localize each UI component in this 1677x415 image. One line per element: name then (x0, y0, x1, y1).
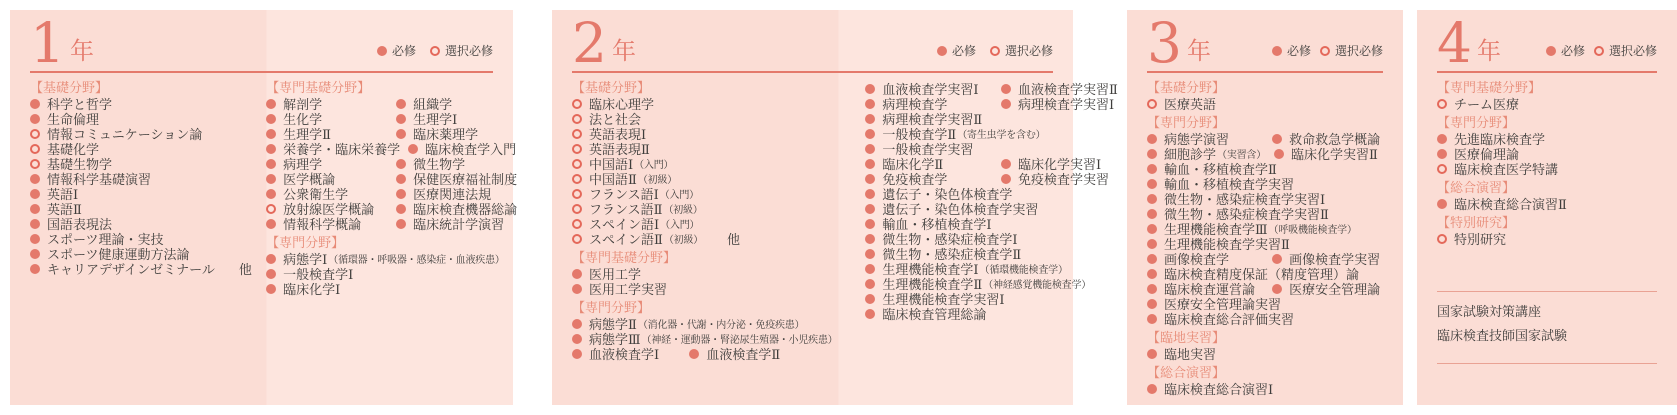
legend-elective: 選択必修 (1594, 42, 1657, 59)
required-dot-icon (865, 84, 875, 94)
required-dot-icon (1272, 134, 1282, 144)
year-number: 1 (30, 22, 65, 64)
required-dot-icon (30, 189, 40, 199)
course-row: 血液検査学Ⅰ血液検査学Ⅱ (572, 346, 865, 361)
course-row: 臨床検査総合演習Ⅱ (1437, 196, 1657, 211)
required-dot-icon (1001, 174, 1011, 184)
course-item: 特別研究 (1437, 229, 1506, 248)
course-row: 臨床検査医学特講 (1437, 161, 1657, 176)
course-row: チーム医療 (1437, 96, 1657, 111)
course-row: 臨床検査管理総論 (865, 306, 1103, 321)
year-panel-3: 3 年 必修 選択必修 【基礎分野】医療英語【専門分野】病態学演習救命救急学概論… (1127, 10, 1403, 405)
course-note: （初級） (664, 231, 703, 246)
elective-circle-icon (572, 144, 582, 154)
required-dot-icon (865, 234, 875, 244)
legend: 必修 選択必修 (1546, 42, 1657, 59)
legend-required: 必修 (1272, 42, 1311, 59)
panel-header: 2 年 必修 選択必修 (572, 22, 1053, 73)
required-dot-icon (396, 129, 406, 139)
course-item: 情報科学概論 (266, 214, 396, 233)
year-suffix: 年 (1477, 39, 1501, 63)
course-item: スペイン語Ⅱ（初級） (572, 229, 711, 248)
required-dot-icon (266, 189, 276, 199)
year-suffix: 年 (612, 39, 636, 63)
category-block: 【総合演習】臨床検査総合演習Ⅰ (1147, 366, 1383, 396)
required-dot-icon (937, 46, 947, 56)
required-dot-icon (396, 204, 406, 214)
course-item: 他 (727, 229, 740, 248)
panel-header: 3 年 必修 選択必修 (1147, 22, 1383, 73)
legend-required-label: 必修 (1561, 42, 1585, 59)
elective-circle-icon (990, 46, 1000, 56)
year-number: 4 (1437, 22, 1472, 64)
required-dot-icon (1147, 284, 1157, 294)
panel-body: 【基礎分野】臨床心理学法と社会英語表現Ⅰ英語表現Ⅱ中国語Ⅰ（入門）中国語Ⅱ（初級… (572, 81, 1053, 361)
required-dot-icon (30, 249, 40, 259)
course-item: 臨地実習 (1147, 344, 1216, 363)
panel-body: 【基礎分野】医療英語【専門分野】病態学演習救命救急学概論細胞診学（実習含）臨床化… (1147, 81, 1383, 396)
course-item: 臨床検査総合評価実習 (1147, 309, 1294, 328)
required-dot-icon (865, 264, 875, 274)
required-dot-icon (266, 254, 276, 264)
elective-circle-icon (1437, 164, 1447, 174)
elective-circle-icon (572, 204, 582, 214)
course-name: 病理検査学実習Ⅰ (1018, 94, 1114, 113)
required-dot-icon (865, 189, 875, 199)
course-name: 臨床検査医学特講 (1454, 159, 1558, 178)
elective-circle-icon (572, 174, 582, 184)
divider-line (1437, 291, 1657, 292)
panel-header: 4 年 必修 選択必修 (1437, 22, 1657, 73)
legend-required-label: 必修 (952, 42, 976, 59)
legend-elective-label: 選択必修 (1335, 42, 1383, 59)
required-dot-icon (865, 219, 875, 229)
required-dot-icon (1147, 194, 1157, 204)
required-dot-icon (865, 174, 875, 184)
course-name: 他 (239, 259, 252, 278)
required-dot-icon (865, 144, 875, 154)
required-dot-icon (1001, 84, 1011, 94)
course-item: 医療英語 (1147, 94, 1216, 113)
required-dot-icon (266, 159, 276, 169)
legend-required-label: 必修 (1287, 42, 1311, 59)
category-block: 【専門分野】病態学演習救命救急学概論細胞診学（実習含）臨床化学実習Ⅱ輸血・移植検… (1147, 116, 1383, 326)
required-dot-icon (30, 204, 40, 214)
course-name: 医用工学実習 (589, 279, 667, 298)
curriculum-chart: 1 年 必修 選択必修 【基礎分野】科学と哲学生命倫理情報コミュニケーション論基… (0, 0, 1677, 415)
course-name: 免疫検査学実習 (1018, 169, 1109, 188)
required-dot-icon (865, 294, 875, 304)
year-title: 4 年 (1437, 22, 1501, 64)
course-name: 医療安全管理論 (1289, 279, 1380, 298)
legend: 必修 選択必修 (937, 42, 1053, 59)
elective-circle-icon (572, 99, 582, 109)
category-block: 【基礎分野】臨床心理学法と社会英語表現Ⅰ英語表現Ⅱ中国語Ⅰ（入門）中国語Ⅱ（初級… (572, 81, 865, 246)
required-dot-icon (396, 114, 406, 124)
required-dot-icon (865, 99, 875, 109)
course-item: 臨床検査総合演習Ⅰ (1147, 379, 1273, 398)
footer-text-2: 臨床検査技師国家試験 (1437, 325, 1657, 349)
elective-circle-icon (1594, 46, 1604, 56)
required-dot-icon (266, 269, 276, 279)
required-dot-icon (689, 349, 699, 359)
elective-circle-icon (30, 159, 40, 169)
required-dot-icon (30, 99, 40, 109)
panel-column: 血液検査学実習Ⅰ血液検査学実習Ⅱ病理検査学病理検査学実習Ⅰ病理検査学実習Ⅱ一般検… (865, 81, 1103, 321)
required-dot-icon (377, 46, 387, 56)
panel-column: 【基礎分野】医療英語【専門分野】病態学演習救命救急学概論細胞診学（実習含）臨床化… (1147, 81, 1383, 396)
required-dot-icon (266, 174, 276, 184)
legend-required: 必修 (377, 42, 416, 59)
course-item: 臨床統計学演習 (396, 214, 504, 233)
required-dot-icon (1272, 46, 1282, 56)
legend-elective: 選択必修 (990, 42, 1053, 59)
panel-body: 【基礎分野】科学と哲学生命倫理情報コミュニケーション論基礎化学基礎生物学情報科学… (30, 81, 493, 296)
course-row: 臨地実習 (1147, 346, 1383, 361)
required-dot-icon (266, 99, 276, 109)
panel-column: 【基礎分野】臨床心理学法と社会英語表現Ⅰ英語表現Ⅱ中国語Ⅰ（入門）中国語Ⅱ（初級… (572, 81, 865, 361)
required-dot-icon (1001, 99, 1011, 109)
course-name: 血液検査学Ⅰ (589, 344, 659, 363)
course-name: 臨床化学Ⅰ (283, 279, 340, 298)
elective-circle-icon (1437, 99, 1447, 109)
required-dot-icon (266, 114, 276, 124)
legend-elective-label: 選択必修 (1005, 42, 1053, 59)
required-dot-icon (572, 269, 582, 279)
required-dot-icon (572, 284, 582, 294)
course-name: チーム医療 (1454, 94, 1519, 113)
required-dot-icon (396, 219, 406, 229)
required-dot-icon (30, 114, 40, 124)
elective-circle-icon (572, 129, 582, 139)
required-dot-icon (865, 204, 875, 214)
course-item: 臨床検査総合演習Ⅱ (1437, 194, 1567, 213)
category-block: 【専門分野】病態学Ⅱ（消化器・代謝・内分泌・免疫疾患）病態学Ⅲ（神経・運動器・腎… (572, 301, 865, 361)
panel-body: 【専門基礎分野】チーム医療【専門分野】先進臨床検査学医療倫理論臨床検査医学特講【… (1437, 81, 1657, 246)
elective-circle-icon (1320, 46, 1330, 56)
panel-column: 【専門基礎分野】チーム医療【専門分野】先進臨床検査学医療倫理論臨床検査医学特講【… (1437, 81, 1657, 246)
elective-circle-icon (430, 46, 440, 56)
course-item: 臨床検査医学特講 (1437, 159, 1558, 178)
course-item: 臨床化学実習Ⅱ (1274, 144, 1378, 163)
required-dot-icon (396, 174, 406, 184)
elective-circle-icon (1147, 99, 1157, 109)
required-dot-icon (30, 234, 40, 244)
legend: 必修 選択必修 (1272, 42, 1383, 59)
required-dot-icon (30, 174, 40, 184)
elective-circle-icon (572, 189, 582, 199)
required-dot-icon (266, 219, 276, 229)
required-dot-icon (1437, 149, 1447, 159)
course-item: 医療安全管理論 (1272, 279, 1380, 298)
required-dot-icon (1001, 159, 1011, 169)
course-item: 血液検査学Ⅰ (572, 344, 689, 363)
legend-required-label: 必修 (392, 42, 416, 59)
required-dot-icon (1147, 269, 1157, 279)
course-item: 他 (239, 259, 252, 278)
elective-circle-icon (572, 234, 582, 244)
required-dot-icon (1272, 254, 1282, 264)
category-block: 【基礎分野】科学と哲学生命倫理情報コミュニケーション論基礎化学基礎生物学情報科学… (30, 81, 266, 276)
course-row: 臨床化学Ⅰ (266, 281, 516, 296)
footer-text-1: 国家試験対策講座 (1437, 301, 1657, 325)
category-block: 【特別研究】特別研究 (1437, 216, 1657, 246)
required-dot-icon (572, 334, 582, 344)
required-dot-icon (408, 144, 418, 154)
category-block: 血液検査学実習Ⅰ血液検査学実習Ⅱ病理検査学病理検査学実習Ⅰ病理検査学実習Ⅱ一般検… (865, 81, 1103, 321)
national-exam-footer: 国家試験対策講座 臨床検査技師国家試験 (1437, 291, 1657, 364)
year-suffix: 年 (70, 39, 94, 63)
elective-circle-icon (1437, 234, 1447, 244)
course-row: 特別研究 (1437, 231, 1657, 246)
elective-circle-icon (30, 144, 40, 154)
legend-elective-label: 選択必修 (445, 42, 493, 59)
year-suffix: 年 (1187, 39, 1211, 63)
year-number: 2 (572, 22, 607, 64)
course-item: キャリアデザインゼミナール (30, 259, 223, 278)
course-note: （循環器・呼吸器・感染症・血液疾患） (328, 251, 504, 266)
required-dot-icon (1147, 239, 1157, 249)
panel-column: 【基礎分野】科学と哲学生命倫理情報コミュニケーション論基礎化学基礎生物学情報科学… (30, 81, 266, 276)
course-item: 病理検査学実習Ⅰ (1001, 94, 1114, 113)
legend: 必修 選択必修 (377, 42, 493, 59)
divider-line (1437, 363, 1657, 364)
required-dot-icon (266, 144, 276, 154)
required-dot-icon (865, 114, 875, 124)
legend-elective: 選択必修 (1320, 42, 1383, 59)
required-dot-icon (865, 279, 875, 289)
course-name: 情報科学概論 (283, 214, 361, 233)
year-title: 2 年 (572, 22, 636, 64)
course-row: 臨床検査総合評価実習 (1147, 311, 1383, 326)
course-name: スペイン語Ⅱ (589, 229, 663, 248)
year-title: 3 年 (1147, 22, 1211, 64)
required-dot-icon (1274, 149, 1284, 159)
required-dot-icon (572, 349, 582, 359)
elective-circle-icon (30, 129, 40, 139)
course-name: 臨床検査総合演習Ⅰ (1164, 379, 1273, 398)
required-dot-icon (572, 319, 582, 329)
required-dot-icon (1147, 224, 1157, 234)
required-dot-icon (396, 189, 406, 199)
required-dot-icon (1147, 314, 1157, 324)
required-dot-icon (1437, 199, 1447, 209)
category-block: 【臨地実習】臨地実習 (1147, 331, 1383, 361)
required-dot-icon (266, 129, 276, 139)
course-name: 医療英語 (1164, 94, 1216, 113)
legend-elective: 選択必修 (430, 42, 493, 59)
course-name: 血液検査学Ⅱ (706, 344, 780, 363)
category-block: 【総合演習】臨床検査総合演習Ⅱ (1437, 181, 1657, 211)
required-dot-icon (396, 159, 406, 169)
elective-circle-icon (572, 114, 582, 124)
course-item: チーム医療 (1437, 94, 1519, 113)
required-dot-icon (1147, 254, 1157, 264)
required-dot-icon (396, 99, 406, 109)
course-name: 臨床検査総合評価実習 (1164, 309, 1294, 328)
year-panel-4: 4 年 必修 選択必修 【専門基礎分野】チーム医療【専門分野】先進臨床検査学医療… (1417, 10, 1677, 405)
elective-circle-icon (266, 204, 276, 214)
course-name: 臨床統計学演習 (413, 214, 504, 233)
required-dot-icon (266, 284, 276, 294)
course-name: 臨床検査総合演習Ⅱ (1454, 194, 1567, 213)
course-row: 情報科学概論臨床統計学演習 (266, 216, 516, 231)
course-name: 臨床検査管理総論 (882, 304, 986, 323)
panel-column: 【専門基礎分野】解剖学組織学生化学生理学Ⅰ生理学Ⅱ臨床薬理学栄養学・臨床栄養学臨… (266, 81, 516, 296)
year-panel-1: 1 年 必修 選択必修 【基礎分野】科学と哲学生命倫理情報コミュニケーション論基… (10, 10, 513, 405)
course-name: 特別研究 (1454, 229, 1506, 248)
course-name: 臨床化学実習Ⅱ (1291, 144, 1378, 163)
course-item: 医用工学実習 (572, 279, 667, 298)
course-row: キャリアデザインゼミナール他 (30, 261, 266, 276)
required-dot-icon (1147, 384, 1157, 394)
course-name: 他 (727, 229, 740, 248)
required-dot-icon (1147, 164, 1157, 174)
category-block: 【専門分野】病態学Ⅰ（循環器・呼吸器・感染症・血液疾患）一般検査学Ⅰ臨床化学Ⅰ (266, 236, 516, 296)
category-block: 【専門基礎分野】チーム医療 (1437, 81, 1657, 111)
course-row: 医用工学実習 (572, 281, 865, 296)
course-name: 臨地実習 (1164, 344, 1216, 363)
required-dot-icon (30, 219, 40, 229)
required-dot-icon (1272, 284, 1282, 294)
required-dot-icon (30, 264, 40, 274)
required-dot-icon (1147, 299, 1157, 309)
course-item: 血液検査学Ⅱ (689, 344, 780, 363)
legend-required: 必修 (937, 42, 976, 59)
required-dot-icon (865, 309, 875, 319)
year-title: 1 年 (30, 22, 94, 64)
course-name: キャリアデザインゼミナール (47, 259, 215, 278)
category-block: 【専門基礎分野】医用工学医用工学実習 (572, 251, 865, 296)
year-number: 3 (1147, 22, 1182, 64)
course-item: 臨床化学Ⅰ (266, 279, 340, 298)
required-dot-icon (865, 159, 875, 169)
required-dot-icon (1147, 149, 1157, 159)
required-dot-icon (1147, 349, 1157, 359)
panel-header: 1 年 必修 選択必修 (30, 22, 493, 73)
elective-circle-icon (572, 159, 582, 169)
category-block: 【専門基礎分野】解剖学組織学生化学生理学Ⅰ生理学Ⅱ臨床薬理学栄養学・臨床栄養学臨… (266, 81, 516, 231)
required-dot-icon (1147, 209, 1157, 219)
legend-required: 必修 (1546, 42, 1585, 59)
category-block: 【専門分野】先進臨床検査学医療倫理論臨床検査医学特講 (1437, 116, 1657, 176)
required-dot-icon (865, 129, 875, 139)
required-dot-icon (1147, 134, 1157, 144)
course-row: 臨床検査総合演習Ⅰ (1147, 381, 1383, 396)
required-dot-icon (1546, 46, 1556, 56)
elective-circle-icon (572, 219, 582, 229)
category-block: 【基礎分野】医療英語 (1147, 81, 1383, 111)
course-row: スペイン語Ⅱ（初級）他 (572, 231, 865, 246)
course-row: 医療英語 (1147, 96, 1383, 111)
course-item: 臨床検査管理総論 (865, 304, 986, 323)
legend-elective-label: 選択必修 (1609, 42, 1657, 59)
course-item: 免疫検査学実習 (1001, 169, 1109, 188)
required-dot-icon (1437, 134, 1447, 144)
required-dot-icon (865, 249, 875, 259)
year-panel-2: 2 年 必修 選択必修 【基礎分野】臨床心理学法と社会英語表現Ⅰ英語表現Ⅱ中国語… (552, 10, 1073, 405)
required-dot-icon (1147, 179, 1157, 189)
